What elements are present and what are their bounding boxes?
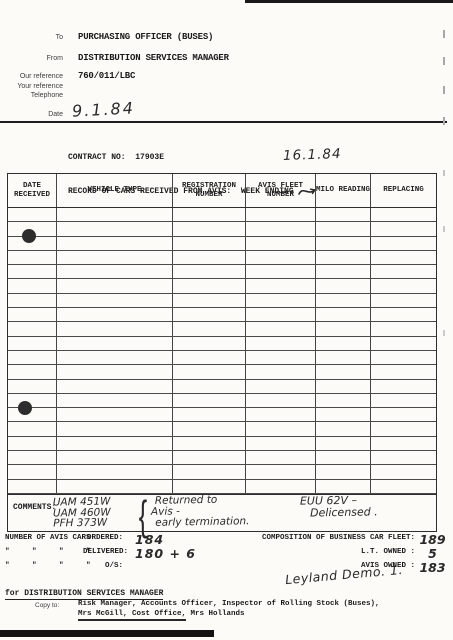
scan-artifact: [443, 330, 445, 336]
table-cell: [57, 437, 173, 450]
copy-to-label: Copy to:: [35, 602, 59, 609]
table-cell: [57, 408, 173, 421]
table-body: [8, 208, 436, 494]
table-cell: [371, 422, 436, 435]
memo-field-to: To PURCHASING OFFICER (BUSES): [0, 34, 63, 41]
table-cell: [173, 465, 246, 478]
table-cell: [316, 351, 371, 364]
comments-row: COMMENTS: UAM 451W UAM 460W PFH 373W { R…: [8, 494, 436, 531]
table-header-cell: REPLACING: [371, 174, 436, 207]
table-cell: [57, 351, 173, 364]
scan-edge-bar-bottom: [0, 630, 214, 637]
scan-artifact: [443, 86, 445, 94]
table-cell: [371, 308, 436, 321]
table-cell: [246, 351, 316, 364]
contract-line: CONTRACT NO: 17903E: [68, 152, 319, 163]
table-cell: [371, 394, 436, 407]
memo-field-telephone: Telephone: [0, 92, 63, 99]
table-cell: [8, 422, 57, 435]
handwritten-avis-owned-value: 183: [415, 560, 450, 575]
table-cell: [246, 408, 316, 421]
table-cell: [173, 422, 246, 435]
table-cell: [246, 451, 316, 464]
handwritten-lt-owned-value: 5: [415, 546, 450, 561]
hole-punch-mark: [22, 229, 36, 243]
scan-artifact: [443, 30, 445, 38]
table-cell: [246, 394, 316, 407]
table-row: [8, 237, 436, 251]
table-cell: [8, 351, 57, 364]
table-cell: [173, 222, 246, 235]
table-cell: [246, 222, 316, 235]
table-cell: [173, 308, 246, 321]
table-cell: [371, 222, 436, 235]
stat-row-delivered: " " " " DELIVERED: 180 + 6: [5, 548, 235, 562]
table-row: [8, 451, 436, 465]
table-cell: [371, 351, 436, 364]
table-cell: [8, 394, 57, 407]
table-cell: [57, 208, 173, 221]
table-cell: [246, 422, 316, 435]
table-cell: [371, 237, 436, 250]
table-cell: [371, 294, 436, 307]
table-cell: [173, 208, 246, 221]
table-cell: [173, 251, 246, 264]
table-row: [8, 294, 436, 308]
table-cell: [371, 408, 436, 421]
field-value: 760/011/LBC: [78, 71, 135, 81]
field-value: DISTRIBUTION SERVICES MANAGER: [78, 53, 229, 63]
table-cell: [57, 380, 173, 393]
table-cell: [57, 451, 173, 464]
underlined-recipients: Mrs McGill, Cost Office,: [78, 610, 186, 621]
comments-label: COMMENTS:: [13, 503, 56, 512]
table-cell: [173, 437, 246, 450]
table-cell: [371, 380, 436, 393]
table-cell: [316, 279, 371, 292]
table-row: [8, 351, 436, 365]
table-cell: [246, 279, 316, 292]
stat-row-outstanding: " " " " O/S:: [5, 562, 235, 576]
field-value: PURCHASING OFFICER (BUSES): [78, 32, 213, 42]
horizontal-rule: [0, 121, 447, 123]
scan-artifact: [443, 226, 445, 232]
scan-artifact: [443, 170, 445, 176]
table-cell: [371, 451, 436, 464]
table-cell: [57, 237, 173, 250]
field-label: Date: [0, 111, 63, 118]
handwritten-fleet-value: 189: [415, 532, 450, 547]
handwritten-registrations: UAM 451W UAM 460W PFH 373W: [53, 496, 111, 529]
table-cell: [8, 380, 57, 393]
table-cell: [246, 308, 316, 321]
table-header-cell: MILO READING: [316, 174, 371, 207]
table-cell: [371, 437, 436, 450]
memo-field-our-reference: Our reference 760/011/LBC: [0, 73, 63, 80]
memo-field-your-reference: Your reference: [0, 83, 63, 90]
field-label: Our reference: [0, 73, 63, 80]
table-cell: [8, 308, 57, 321]
table-cell: [316, 251, 371, 264]
table-cell: [173, 451, 246, 464]
table-cell: [173, 265, 246, 278]
table-cell: [173, 294, 246, 307]
table-row: [8, 322, 436, 336]
table-cell: [8, 408, 57, 421]
field-label: To: [0, 34, 63, 41]
table-header-cell: AVIS FLEET NUMBER: [246, 174, 316, 207]
handwritten-ordered-value: 184: [135, 532, 164, 547]
table-cell: [8, 208, 57, 221]
table-row: [8, 480, 436, 494]
table-cell: [57, 322, 173, 335]
table-cell: [246, 237, 316, 250]
table-header-cell: REGISTRATION NUMBER: [173, 174, 246, 207]
table-cell: [57, 394, 173, 407]
hole-punch-mark: [18, 401, 32, 415]
table-cell: [57, 265, 173, 278]
table-header-cell: DATE RECEIVED: [8, 174, 57, 207]
table-header-row: DATE RECEIVEDVEHICLE TYPEREGISTRATION NU…: [8, 174, 436, 208]
table-cell: [8, 265, 57, 278]
table-cell: [246, 365, 316, 378]
table-cell: [173, 408, 246, 421]
table-cell: [316, 208, 371, 221]
table-row: [8, 265, 436, 279]
table-cell: [316, 394, 371, 407]
table-row: [8, 437, 436, 451]
table-cell: [57, 222, 173, 235]
table-cell: [8, 480, 57, 493]
table-row: [8, 279, 436, 293]
table-cell: [57, 279, 173, 292]
table-cell: [246, 465, 316, 478]
table-row: [8, 365, 436, 379]
table-cell: [316, 451, 371, 464]
table-cell: [8, 465, 57, 478]
table-cell: [8, 437, 57, 450]
table-cell: [371, 465, 436, 478]
table-cell: [246, 265, 316, 278]
table-cell: [246, 437, 316, 450]
table-cell: [246, 380, 316, 393]
table-cell: [316, 222, 371, 235]
table-cell: [8, 451, 57, 464]
table-cell: [173, 351, 246, 364]
table-cell: [57, 337, 173, 350]
avis-cars-stats: NUMBER OF AVIS CARS ORDERED: 184 " " " "…: [5, 534, 235, 576]
handwritten-delicensed-note: EUU 62V – Delicensed .: [300, 494, 378, 519]
contract-value: 17903E: [135, 152, 164, 163]
table-cell: [316, 380, 371, 393]
table-row: [8, 394, 436, 408]
table-cell: [173, 237, 246, 250]
table-cell: [316, 294, 371, 307]
table-row: [8, 380, 436, 394]
table-cell: [8, 294, 57, 307]
scan-artifact: [443, 117, 445, 125]
table-cell: [316, 480, 371, 493]
scan-artifact: [443, 57, 445, 65]
table-cell: [57, 251, 173, 264]
scanned-memo-page: To PURCHASING OFFICER (BUSES) From DISTR…: [0, 0, 453, 640]
field-label: Telephone: [0, 92, 63, 99]
handwritten-delivered-value: 180 + 6: [135, 546, 196, 561]
signature-line: for DISTRIBUTION SERVICES MANAGER: [5, 589, 163, 600]
table-cell: [8, 251, 57, 264]
table-cell: [316, 237, 371, 250]
table-cell: [316, 308, 371, 321]
table-cell: [371, 251, 436, 264]
table-row: [8, 208, 436, 222]
table-row: [8, 337, 436, 351]
stat-row-ordered: NUMBER OF AVIS CARS ORDERED: 184: [5, 534, 235, 548]
table-cell: [371, 208, 436, 221]
scan-edge-bar-top: [245, 0, 453, 3]
table-cell: [371, 480, 436, 493]
table-cell: [246, 322, 316, 335]
memo-field-date: Date: [0, 111, 63, 118]
table-cell: [8, 279, 57, 292]
copy-recipients-line1: Risk Manager, Accounts Officer, Inspecto…: [78, 600, 380, 608]
table-cell: [173, 480, 246, 493]
table-cell: [8, 365, 57, 378]
table-cell: [173, 394, 246, 407]
contract-label: CONTRACT NO:: [68, 152, 126, 163]
table-cell: [246, 294, 316, 307]
table-cell: [316, 437, 371, 450]
table-cell: [8, 322, 57, 335]
table-cell: [371, 279, 436, 292]
table-cell: [246, 251, 316, 264]
field-label: From: [0, 55, 63, 62]
table-cell: [173, 322, 246, 335]
table-cell: [316, 408, 371, 421]
table-cell: [316, 322, 371, 335]
table-cell: [57, 465, 173, 478]
handwritten-week-ending: 16.1.84: [283, 146, 342, 164]
table-cell: [316, 465, 371, 478]
handwritten-date: 9.1.84: [72, 98, 136, 120]
table-cell: [57, 294, 173, 307]
table-cell: [57, 365, 173, 378]
field-label: Your reference: [0, 83, 63, 90]
table-cell: [316, 337, 371, 350]
table-cell: [371, 265, 436, 278]
table-row: [8, 251, 436, 265]
table-cell: [57, 422, 173, 435]
table-cell: [371, 365, 436, 378]
table-cell: [8, 337, 57, 350]
table-cell: [173, 380, 246, 393]
table-row: [8, 222, 436, 236]
memo-field-from: From DISTRIBUTION SERVICES MANAGER: [0, 55, 63, 62]
table-row: [8, 308, 436, 322]
table-cell: [173, 365, 246, 378]
table-row: [8, 408, 436, 422]
table-cell: [316, 265, 371, 278]
table-cell: [316, 422, 371, 435]
table-cell: [246, 208, 316, 221]
table-cell: [57, 308, 173, 321]
table-cell: [246, 480, 316, 493]
table-cell: [246, 337, 316, 350]
copy-recipients-line2: Mrs McGill, Cost Office, Mrs Hollands: [78, 610, 245, 618]
table-cell: [57, 480, 173, 493]
table-cell: [173, 279, 246, 292]
table-cell: [316, 365, 371, 378]
cars-received-table: DATE RECEIVEDVEHICLE TYPEREGISTRATION NU…: [7, 173, 437, 532]
table-cell: [371, 337, 436, 350]
handwritten-return-note: Returned to Avis - early termination.: [155, 494, 250, 529]
table-cell: [173, 337, 246, 350]
table-row: [8, 465, 436, 479]
table-row: [8, 422, 436, 436]
table-cell: [371, 322, 436, 335]
table-header-cell: VEHICLE TYPE: [57, 174, 173, 207]
